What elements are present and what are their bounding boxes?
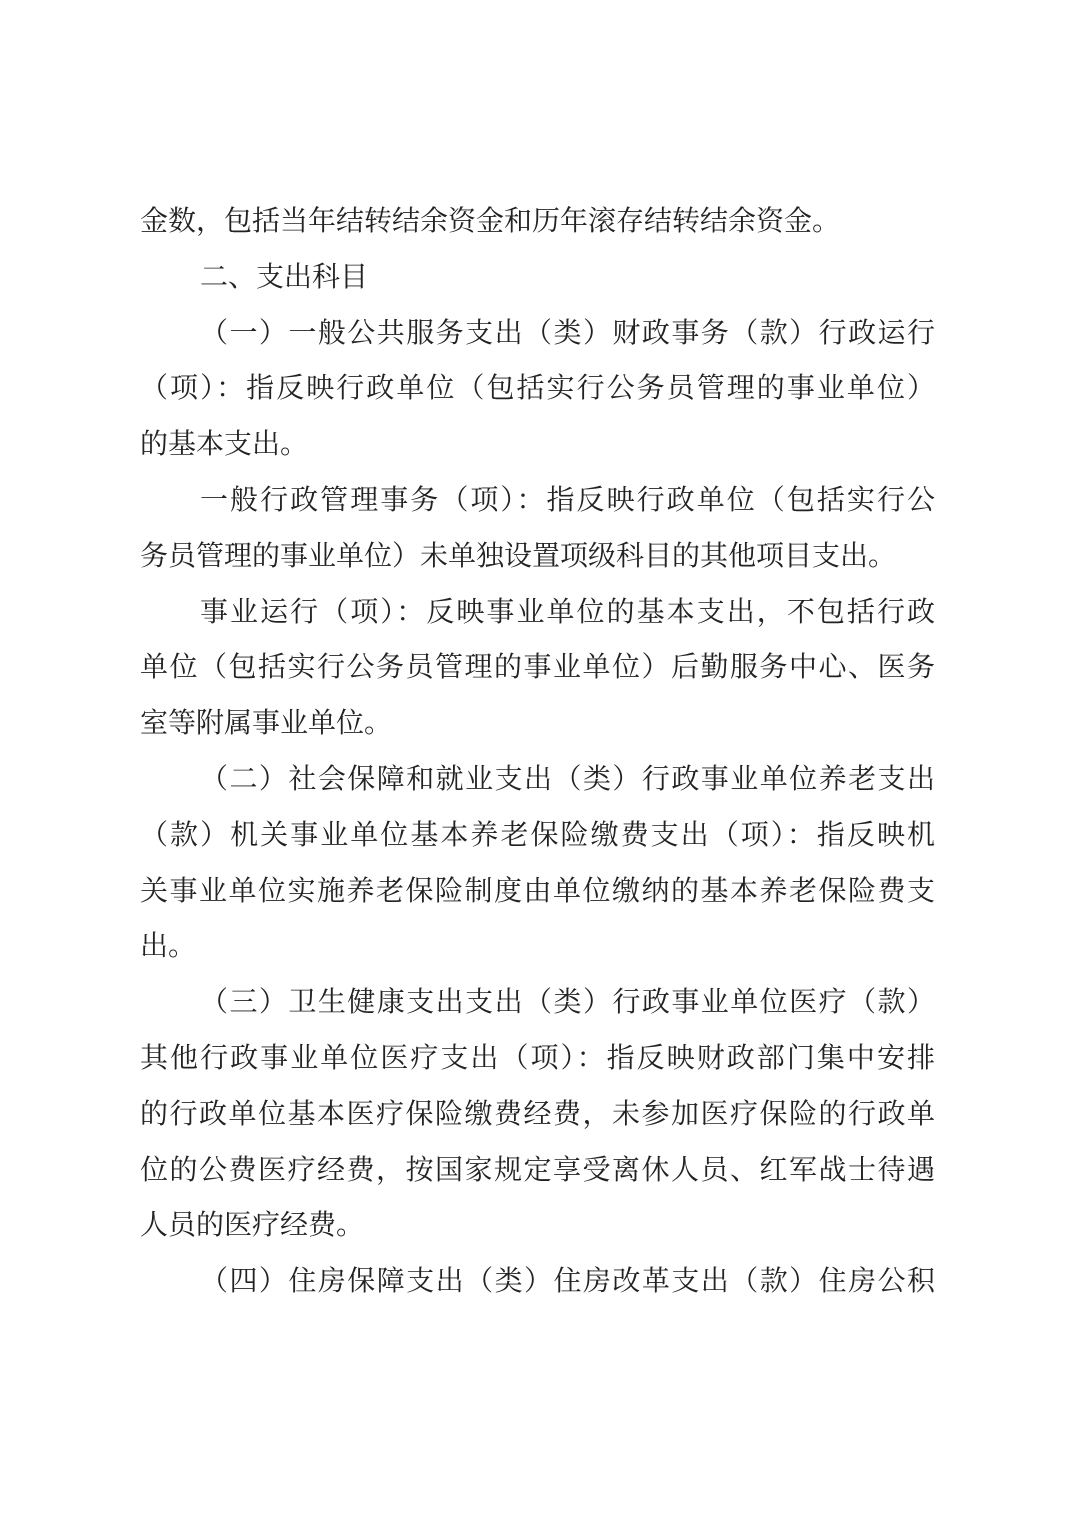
text-line: （二）社会保障和就业支出（类）行政事业单位养老支出 — [140, 752, 935, 808]
text-line: （四）住房保障支出（类）住房改革支出（款）住房公积 — [140, 1254, 935, 1310]
text-line: 室等附属事业单位。 — [140, 696, 935, 752]
text-line: 其他行政事业单位医疗支出（项）：指反映财政部门集中安排 — [140, 1031, 935, 1087]
text-line: 事业运行（项）：反映事业单位的基本支出，不包括行政 — [140, 585, 935, 641]
text-line: 金数，包括当年结转结余资金和历年滚存结转结余资金。 — [140, 194, 935, 250]
text-line: 一般行政管理事务（项）：指反映行政单位（包括实行公 — [140, 473, 935, 529]
document-body: 金数，包括当年结转结余资金和历年滚存结转结余资金。二、支出科目（一）一般公共服务… — [140, 194, 935, 1310]
text-line: （三）卫生健康支出支出（类）行政事业单位医疗（款） — [140, 975, 935, 1031]
text-line: 的行政单位基本医疗保险缴费经费，未参加医疗保险的行政单 — [140, 1087, 935, 1143]
text-line: 人员的医疗经费。 — [140, 1198, 935, 1254]
text-line: 务员管理的事业单位）未单独设置项级科目的其他项目支出。 — [140, 529, 935, 585]
text-line: （一）一般公共服务支出（类）财政事务（款）行政运行 — [140, 306, 935, 362]
text-line: 的基本支出。 — [140, 417, 935, 473]
text-line: （款）机关事业单位基本养老保险缴费支出（项）：指反映机 — [140, 808, 935, 864]
document-page: 金数，包括当年结转结余资金和历年滚存结转结余资金。二、支出科目（一）一般公共服务… — [0, 0, 1074, 1520]
text-line: 出。 — [140, 919, 935, 975]
text-line: 单位（包括实行公务员管理的事业单位）后勤服务中心、医务 — [140, 640, 935, 696]
text-line: 二、支出科目 — [140, 250, 935, 306]
text-line: （项）：指反映行政单位（包括实行公务员管理的事业单位） — [140, 361, 935, 417]
text-line: 位的公费医疗经费，按国家规定享受离休人员、红军战士待遇 — [140, 1143, 935, 1199]
text-line: 关事业单位实施养老保险制度由单位缴纳的基本养老保险费支 — [140, 864, 935, 920]
